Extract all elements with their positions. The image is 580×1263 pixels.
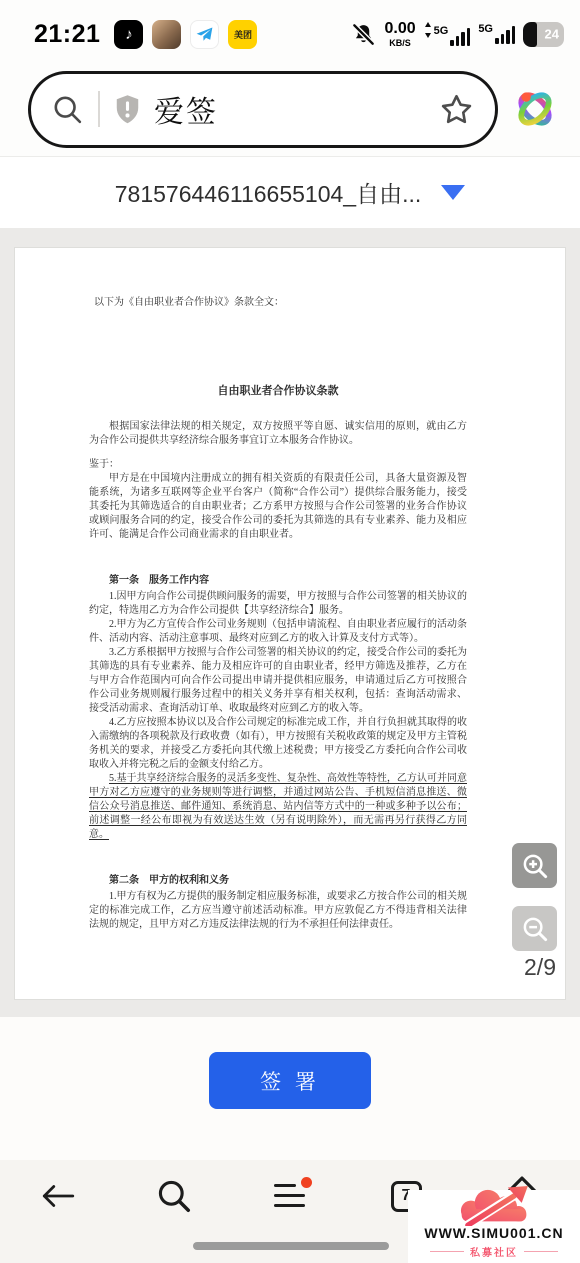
notification-dot: [301, 1177, 312, 1188]
back-button[interactable]: [0, 1168, 116, 1224]
battery-indicator: 24: [523, 22, 564, 47]
doc-block: 以下为《自由职业者合作协议》条款全文：: [89, 296, 467, 310]
doc-block: 2.甲方为乙方宣传合作公司业务规则（包括申请流程、自由职业者应履行的活动条件、活…: [89, 618, 467, 646]
signal-bars-icon: [450, 28, 470, 46]
search-icon[interactable]: [51, 93, 84, 126]
watermark-cloud-arrow-logo: [442, 1186, 546, 1226]
sim2-signal: 5G: [478, 24, 515, 44]
sim1-signal: 5G: [424, 22, 471, 46]
document-title: 781576446116655104_自由...: [115, 176, 422, 209]
action-area: 签 署: [0, 1017, 580, 1160]
pdf-page: 以下为《自由职业者合作协议》条款全文：自由职业者合作协议条款根据国家法律法规的相…: [14, 247, 566, 1000]
signal-bars-icon: [495, 26, 515, 44]
meituan-app-icon: 美团: [228, 20, 257, 49]
doc-block: 自由职业者合作协议条款: [89, 384, 467, 398]
battery-fill: [523, 22, 537, 47]
nav-search-button[interactable]: [116, 1168, 232, 1224]
search-query-text[interactable]: 爱签: [154, 87, 218, 131]
douyin-app-icon: ♪: [114, 20, 143, 49]
sign-button[interactable]: 签 署: [209, 1052, 371, 1109]
document-title-bar[interactable]: 781576446116655104_自由...: [0, 157, 580, 228]
doc-block: 鉴于：: [89, 458, 467, 472]
watermark-tagline: 私募社区: [430, 1244, 558, 1259]
hamburger-menu-icon: [274, 1183, 306, 1209]
doc-block: 4.乙方应按照本协议以及合作公司规定的标准完成工作，并自行负担就其取得的收入需缴…: [89, 716, 467, 772]
updown-arrows-icon: [424, 22, 432, 38]
doc-block: 1.甲方有权为乙方提供的服务制定相应服务标准，或要求乙方按合作公司的相关规定的标…: [89, 890, 467, 932]
security-shield-icon[interactable]: [113, 94, 142, 125]
doc-block: 1.因甲方向合作公司提供顾问服务的需要，甲方按照与合作公司签署的相关协议的约定，…: [89, 590, 467, 618]
pdf-viewer[interactable]: 以下为《自由职业者合作协议》条款全文：自由职业者合作协议条款根据国家法律法规的相…: [0, 228, 580, 1017]
telegram-app-icon: [190, 20, 219, 49]
status-indicators: 0.00 KB/S 5G 5G 24: [351, 21, 564, 48]
chevron-down-icon[interactable]: [441, 185, 465, 200]
network-speed: 0.00 KB/S: [384, 21, 415, 48]
doc-block: 第一条 服务工作内容: [89, 574, 467, 588]
home-indicator-bar[interactable]: [193, 1242, 389, 1250]
zoom-in-button[interactable]: [512, 843, 557, 888]
zoom-out-button[interactable]: [512, 906, 557, 951]
doc-block: 根据国家法律法规的相关规定，双方按照平等自愿、诚实信用的原则，就由乙方为合作公司…: [89, 420, 467, 448]
phone-screen: 21:21 ♪ 美团 0.00 KB/S: [0, 0, 580, 1263]
watermark-badge: WWW.SIMU001.CN 私募社区: [408, 1190, 580, 1263]
extension-atom-icon[interactable]: [510, 84, 560, 134]
divider: [98, 91, 100, 127]
doc-block: 甲方是在中国境内注册成立的拥有相关资质的有限责任公司，具备大量资源及智能系统，为…: [89, 472, 467, 542]
address-bar[interactable]: 爱签: [28, 71, 498, 148]
notification-app-icons: ♪ 美团: [114, 20, 257, 49]
page-indicator: 2/9: [524, 954, 556, 981]
doc-block: 第二条 甲方的权利和义务: [89, 874, 467, 888]
bookmark-star-icon[interactable]: [438, 91, 475, 128]
gallery-app-icon: [152, 20, 181, 49]
clock: 21:21: [34, 20, 100, 49]
doc-block: 3.乙方系根据甲方按照与合作公司签署的相关协议的约定，接受合作公司的委托为其筛选…: [89, 646, 467, 716]
status-bar: 21:21 ♪ 美团 0.00 KB/S: [0, 0, 580, 62]
doc-block: 5.基于共享经济综合服务的灵活多变性、复杂性、高效性等特性，乙方认可并同意甲方对…: [89, 772, 467, 842]
watermark-site-text: WWW.SIMU001.CN: [424, 1226, 563, 1240]
browser-address-row: 爱签: [0, 62, 580, 157]
battery-percent: 24: [545, 27, 559, 42]
menu-button[interactable]: [232, 1168, 348, 1224]
document-blocks: 以下为《自由职业者合作协议》条款全文：自由职业者合作协议条款根据国家法律法规的相…: [89, 296, 467, 932]
mute-bell-icon: [351, 22, 376, 47]
